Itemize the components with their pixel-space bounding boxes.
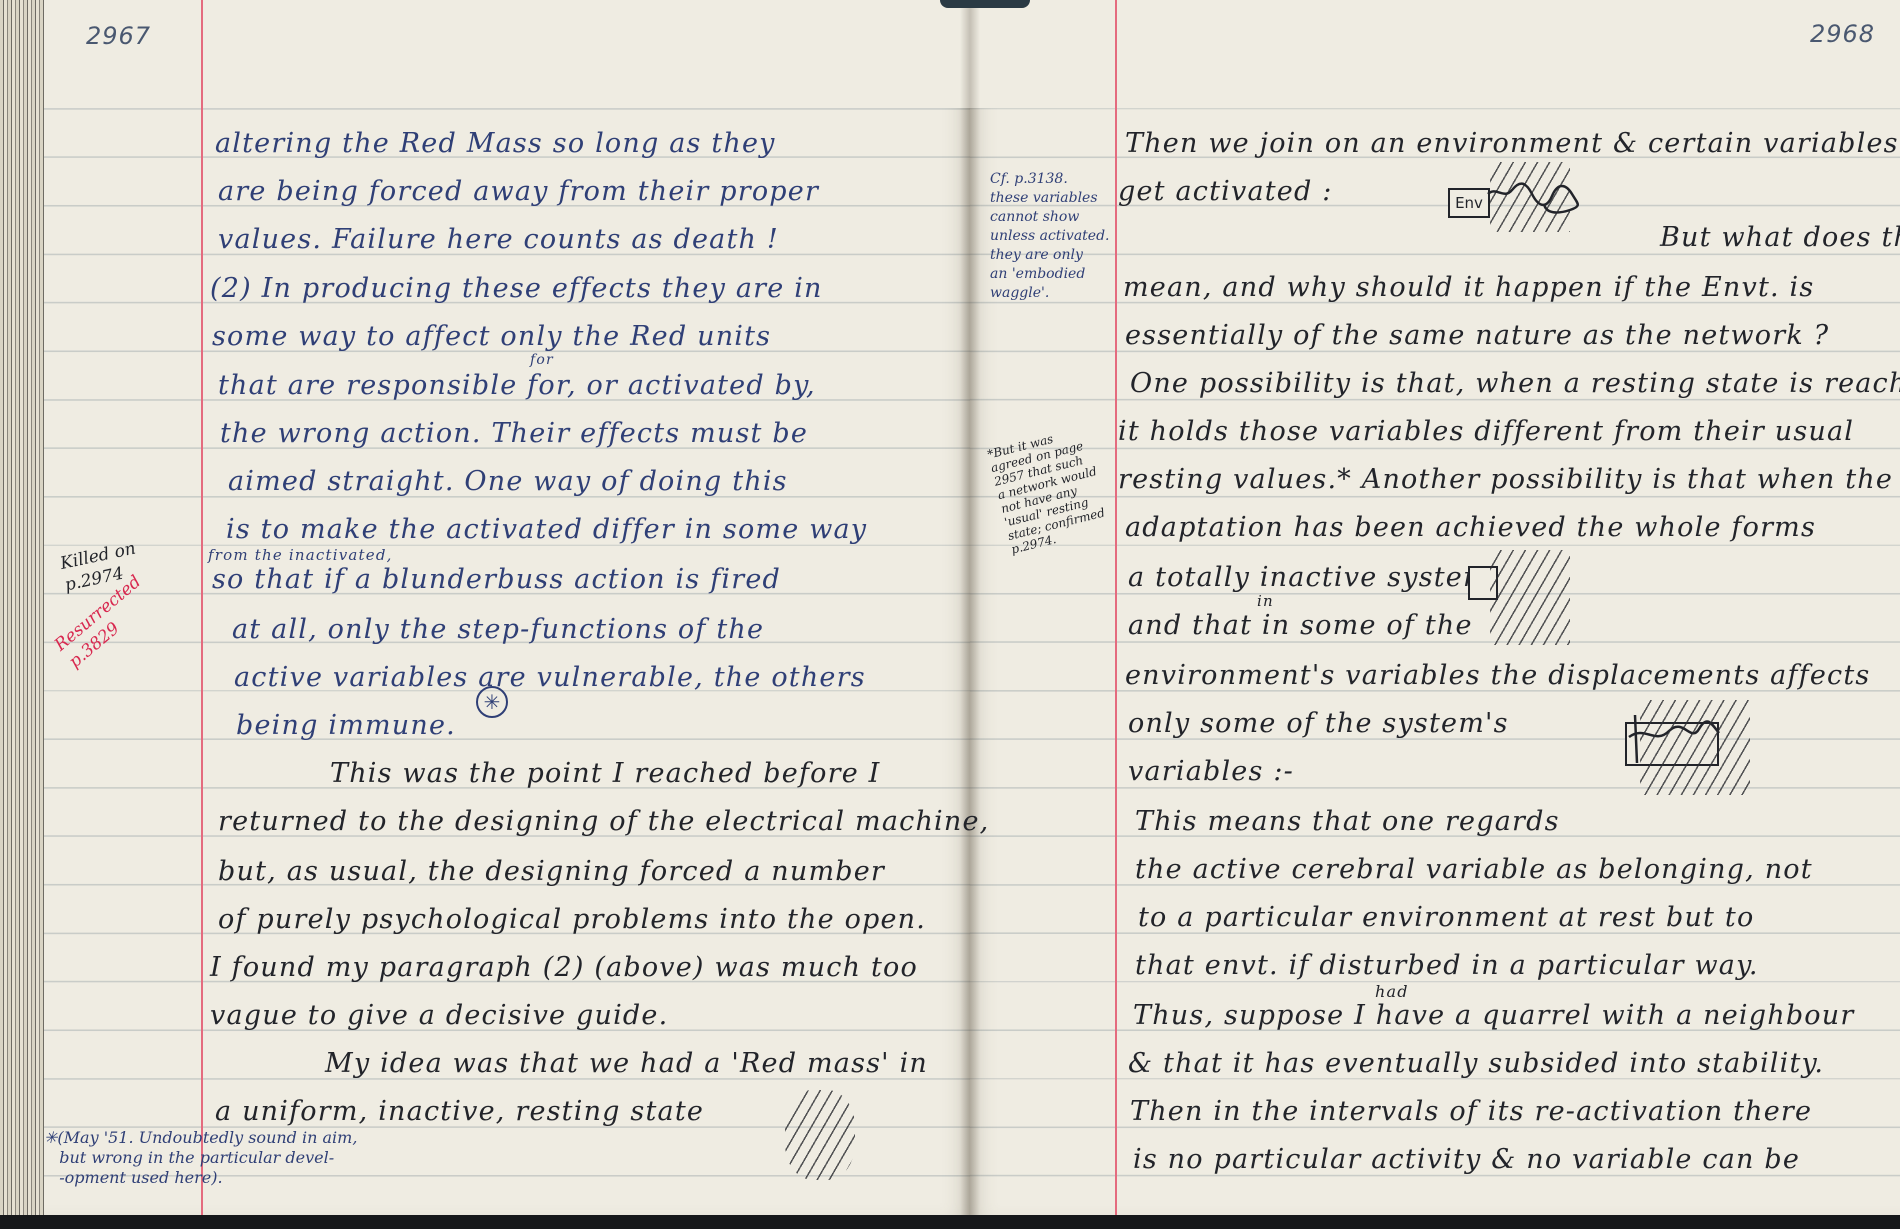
right-margin-rule	[1115, 0, 1117, 1215]
insertion-had: had	[1375, 982, 1409, 1001]
left-margin-rule	[201, 0, 203, 1215]
text-line: This was the point I reached before I	[330, 758, 881, 789]
page-number-right: 2968	[1810, 20, 1875, 48]
text-line: active variables are vulnerable, the oth…	[234, 662, 866, 693]
text-line: aimed straight. One way of doing this	[228, 466, 788, 497]
text-line: But what does this	[1660, 222, 1900, 253]
text-line: some way to affect only the Red units	[212, 321, 771, 352]
activated-variables-squiggle	[1486, 180, 1586, 230]
hatched-displacement-diagram	[1640, 700, 1750, 795]
text-line: are being forced away from their proper	[218, 176, 819, 207]
text-line: environment's variables the displacement…	[1125, 660, 1870, 691]
text-line: & that it has eventually subsided into s…	[1128, 1048, 1824, 1079]
text-line: returned to the designing of the electri…	[218, 806, 989, 837]
text-line: at all, only the step-functions of the	[232, 614, 764, 645]
footnote: ✳(May '51. Undoubtedly sound in aim, but…	[44, 1128, 357, 1188]
spine-binding	[940, 0, 1030, 8]
text-line: is no particular activity & no variable …	[1133, 1144, 1800, 1175]
text-line: Thus, suppose I have a quarrel with a ne…	[1133, 1000, 1854, 1031]
text-line: of purely psychological problems into th…	[218, 904, 926, 935]
text-line: but, as usual, the designing forced a nu…	[218, 856, 885, 887]
margin-note-cf-3138: Cf. p.3138. these variables cannot show …	[990, 170, 1110, 303]
text-line: the wrong action. Their effects must be	[220, 418, 808, 449]
desk-background	[0, 1215, 1900, 1229]
text-line: variables :-	[1128, 756, 1294, 787]
page-edges	[0, 0, 44, 1215]
text-line: a uniform, inactive, resting state	[215, 1096, 704, 1127]
text-line: it holds those variables different from …	[1118, 416, 1854, 447]
text-line: is to make the activated differ in some …	[226, 514, 867, 545]
text-line: being immune.	[236, 710, 456, 741]
text-line: to a particular environment at rest but …	[1138, 902, 1754, 933]
page-number-left: 2967	[86, 22, 151, 50]
text-line: (2) In producing these effects they are …	[210, 273, 823, 304]
text-line: values. Failure here counts as death !	[218, 224, 779, 255]
text-line: mean, and why should it happen if the En…	[1123, 272, 1814, 303]
spine	[960, 0, 980, 1215]
right-page	[970, 0, 1900, 1215]
text-line: so that if a blunderbuss action is fired	[212, 564, 781, 595]
text-line: that envt. if disturbed in a particular …	[1135, 950, 1759, 981]
text-line: altering the Red Mass so long as they	[215, 128, 776, 159]
insertion-for: for	[530, 352, 554, 368]
text-line: This means that one regards	[1135, 806, 1560, 837]
open-notebook: 2967 2968 altering the Red Mass so long …	[0, 0, 1900, 1215]
hatched-mass-diagram	[785, 1090, 855, 1180]
text-line: essentially of the same nature as the ne…	[1125, 320, 1829, 351]
hatched-inactive-diagram	[1490, 550, 1570, 645]
text-line: that are responsible for, or activated b…	[218, 370, 816, 401]
asterisk-circle-icon: ✳	[476, 686, 508, 718]
env-box-diagram: Env	[1448, 188, 1490, 218]
text-line: only some of the system's	[1128, 708, 1509, 739]
text-line: Then we join on an environment & certain…	[1125, 128, 1899, 159]
text-line: and that in some of the	[1128, 610, 1473, 641]
insertion-in: in	[1257, 592, 1274, 610]
text-line: resting values.* Another possibility is …	[1118, 464, 1893, 495]
text-line: My idea was that we had a 'Red mass' in	[325, 1048, 928, 1079]
text-line: adaptation has been achieved the whole f…	[1125, 512, 1816, 543]
text-line: the active cerebral variable as belongin…	[1135, 854, 1813, 885]
insertion-from-inactivated: from the inactivated,	[208, 546, 393, 564]
text-line: Then in the intervals of its re-activati…	[1130, 1096, 1812, 1127]
text-line: I found my paragraph (2) (above) was muc…	[210, 952, 918, 983]
text-line: One possibility is that, when a resting …	[1130, 368, 1900, 399]
text-line: get activated :	[1118, 176, 1333, 207]
text-line: a totally inactive system	[1128, 562, 1490, 593]
text-line: vague to give a decisive guide.	[210, 1000, 668, 1031]
